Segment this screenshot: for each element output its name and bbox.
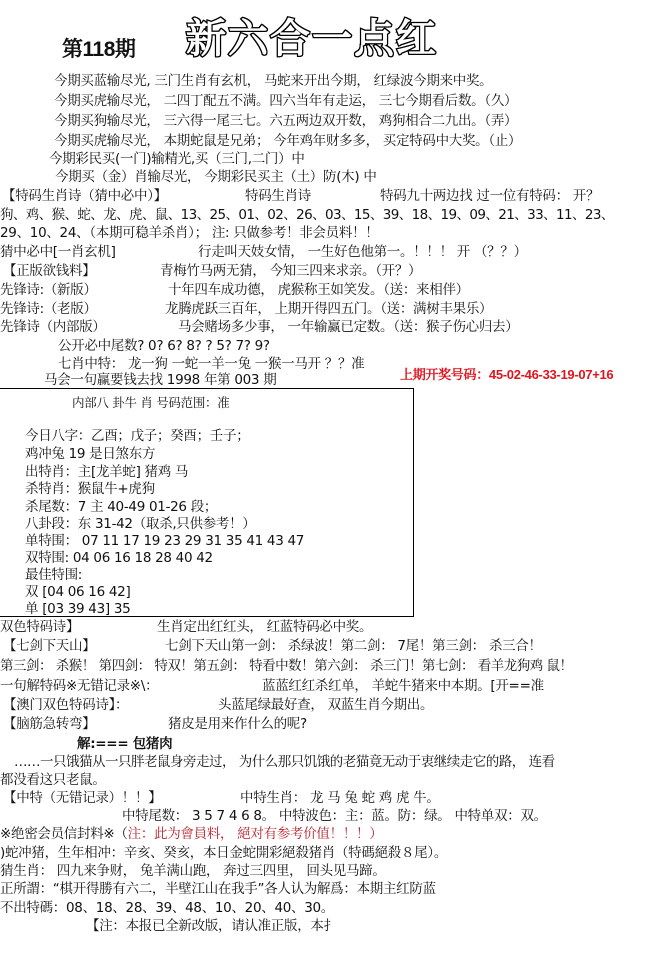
internal-box-line: 单 [03 39 43] 35 [25, 601, 130, 618]
poem-line: 今期买（金）肖输尽光， 今期彩民买主（土）防(木) 中 [55, 169, 377, 186]
issue-number: 第118期 [62, 33, 135, 63]
poem-line: 今期彩民买(一门)输精光,买（三门,二门）中 [49, 151, 305, 168]
tail-numbers: 公开必中尾数? 0? 6? 8? ? 5? 7? 9? [58, 338, 270, 355]
pioneer-poem-text: 十年四车成功德， 虎猴称王如笑发。（送：来相伴） [168, 282, 469, 299]
internal-box-heading: 内部八 卦牛 肖 号码范围：准 [72, 394, 229, 411]
pioneer-poem-text: 龙腾虎跃三百年， 上期开得四五门。（送：满树丰果乐） [165, 301, 492, 318]
riddle-label: 【脑筋急转弯】 [3, 716, 95, 733]
internal-box-line: 今日八字：乙酉；戊子；癸酉；壬子； [25, 428, 249, 445]
seven-swords-line1: 七剑下天山第一剑： 杀绿波！第二剑： 7尾！第三剑： 杀三合！ [165, 638, 542, 655]
seven-swords-line2: 第三剑： 杀猴！ 第四剑： 特双！第五剑： 特看中数！第六剑： 杀三门！第七剑：… [0, 658, 573, 675]
seven-zodiac: 七肖中特： 龙一狗 一蛇一羊一兔 一猴一马开 ？？准 [58, 356, 364, 373]
zhongte-tail: 中特尾数： 3 5 7 4 6 8。 中特波色：主：蓝。防：绿。 中特单双：双。 [122, 808, 547, 825]
zhengban-label: 【正版欲钱料】 [3, 263, 95, 280]
internal-box-line: 双 [04 06 16 42] [25, 584, 130, 601]
double-color-text: 生肖定出红红头， 红蓝特码必中奖。 [157, 619, 372, 636]
zhongte-zodiac: 中特生肖： 龙 马 兔 蛇 鸡 虎 牛。 [240, 790, 440, 807]
special-code-poem-sub1: 特码生肖诗 [245, 188, 311, 205]
internal-box-line: 杀尾数：7 主 40-49 01-26 段； [25, 499, 217, 516]
special-code-numbers: 29、10、24、（本期可稳羊杀肖）； 注: 只做参考！非会员料！！ [0, 225, 378, 242]
internal-box-line: 鸡冲兔 19 是日煞东方 [25, 446, 155, 463]
pioneer-poem-label: 先锋诗:（老版） [0, 301, 97, 318]
internal-box-line: 杀特肖：猴鼠牛+虎狗 [25, 481, 155, 498]
riddle-answer: 解:=== 包猪肉 [77, 736, 172, 753]
internal-box-line: 双特围: 04 06 16 18 28 40 42 [25, 550, 213, 567]
pioneer-poem-text: 马会赌场多少事， 一年输赢已定数。（送：猴子伤心归去） [178, 319, 518, 336]
zhengban-text: 青梅竹马两无猜， 今知三四来求亲。（开？） [160, 263, 421, 280]
no-codes-line: 不出特碼：08、18、28、39、48、10、20、40、30。 [0, 900, 334, 917]
pioneer-poem-label: 先锋诗（内部版） [0, 319, 106, 336]
guess-zodiac-line: 猜生肖： 四九来争财， 兔羊满山跑， 奔过三四里， 回头见马蹄。 [0, 863, 386, 880]
riddle-question: 猪皮是用来作什么的呢? [168, 716, 307, 733]
macau-poem-text: 头蓝尾绿最好查， 双蓝生肖今期出。 [218, 697, 433, 714]
guess-line-text: 行走叫天妓女情， 一生好色他第一。！！！ 开 （？？） [198, 244, 527, 261]
guess-line-label: 猜中必中[一肖玄机] [0, 244, 116, 261]
pioneer-poem-label: 先锋诗:（新版） [0, 282, 97, 299]
zhongte-label: 【中特（无错记录）！！】 [3, 790, 161, 807]
poem-line: 今期买蓝输尽光, 三门生肖有玄机， 马蛇来开出今期， 红绿波今期来中奖。 [54, 73, 492, 90]
internal-box-line: 八卦段：东 31-42（取杀,只供参考！） [25, 516, 256, 533]
special-code-poem-sub2: 特码九十两边找 过一位有特码： 开？ [380, 188, 599, 205]
one-sentence-label: 一句解特码※无错记录※\： [0, 678, 158, 695]
internal-box-line: 最佳特围: [25, 567, 82, 584]
special-code-numbers: 狗、鸡、猴、蛇、龙、虎、鼠、13、25、01、02、26、03、15、39、18… [0, 207, 614, 224]
mahui-line: 马会一句赢要钱去找 1998 年第 003 期 [44, 372, 276, 389]
member-note-label: ※绝密会员信封料※（ [0, 826, 128, 842]
seven-swords-label: 【七剑下天山】 [3, 638, 95, 655]
internal-box-line: 出特肖：主[龙羊蛇] 猪鸡 马 [25, 464, 188, 481]
double-color-label: 双色特码诗】 [0, 619, 79, 636]
page-title: 新六合一点红 [186, 14, 438, 64]
proverb-line: 正所謂：“棋开得勝有六二，半壁江山在我手”各人认为解爲：本期主红防蓝 [0, 881, 436, 898]
poem-line: 今期买虎输尽光， 本期蛇鼠是兄弟； 今年鸡年财多多， 买定特码中大奖。（止） [54, 133, 521, 150]
member-note-red: 注：此为會員料， 絕对有参考价值！！！） [128, 826, 383, 842]
footer-note: 【注：本报已全新改版，请认准正版，本扌 [86, 918, 337, 935]
internal-box-line: 单特围： 07 11 17 19 23 29 31 35 41 43 47 [25, 533, 304, 550]
macau-poem-label: 【澳门双色特码诗】： [3, 697, 128, 714]
poem-line: 今期买虎输尽光， 二四丁配五不满。四六当年有走运， 三七今期看后数。（久） [54, 93, 517, 110]
member-note: ※绝密会员信封料※（注：此为會員料， 絕对有参考价值！！！） [0, 826, 382, 843]
one-sentence-text: 蓝蓝红红杀红单， 羊蛇牛猪来中本期。[开==准 [262, 678, 544, 695]
poem-line: 今期买狗输尽光， 三六得一尾三七。六五两边双开数， 鸡狗相合二九出。（弄） [54, 113, 517, 130]
snake-pig-line: )蛇冲猪，生年相冲：辛亥、癸亥，本日金蛇開彩絕殺猪肖（特碼絕殺８尾）。 [0, 845, 447, 862]
riddle-story: 都没看这只老鼠。 [0, 772, 106, 789]
last-draw-numbers: 上期开奖号码：45-02-46-33-19-07+16 [400, 366, 613, 383]
special-code-poem-label: 【特码生肖诗（猜中必中）】 [2, 188, 167, 205]
riddle-story: ……一只饿猫从一只胖老鼠身旁走过， 为什么那只饥饿的老猫竟无动于衷继续走它的路，… [14, 754, 555, 771]
